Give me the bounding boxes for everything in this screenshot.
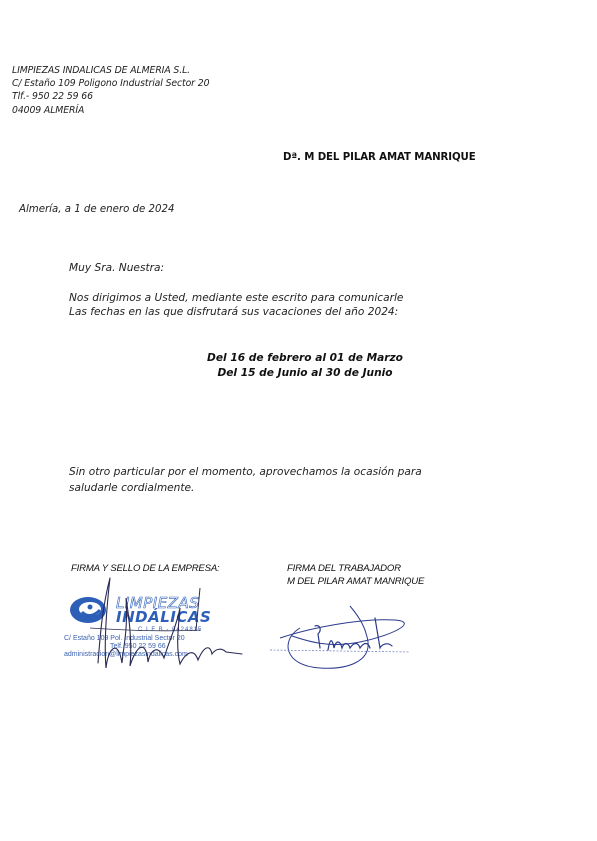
- vacation-period: Del 16 de febrero al 01 de Marzo: [150, 351, 460, 366]
- worker-signature-label: FIRMA DEL TRABAJADOR M DEL PILAR AMAT MA…: [287, 563, 424, 589]
- worker-signature-name: M DEL PILAR AMAT MANRIQUE: [287, 576, 424, 589]
- recipient-name: Dª. M DEL PILAR AMAT MANRIQUE: [283, 152, 476, 163]
- worker-signature-title: FIRMA DEL TRABAJADOR: [287, 563, 424, 576]
- letter-greeting: Muy Sra. Nuestra:: [69, 262, 164, 274]
- body-line: Las fechas en las que disfrutará sus vac…: [69, 305, 403, 319]
- letter-date: Almería, a 1 de enero de 2024: [19, 204, 174, 215]
- worker-signature: [270, 598, 430, 678]
- letter-closing: Sin otro particular por el momento, apro…: [69, 465, 422, 496]
- company-signature: [80, 568, 250, 678]
- letter-body: Nos dirigimos a Usted, mediante este esc…: [69, 291, 403, 319]
- body-line: Nos dirigimos a Usted, mediante este esc…: [69, 291, 403, 305]
- closing-line: saludarle cordialmente.: [69, 481, 422, 497]
- sender-phone: Tlf.- 950 22 59 66: [12, 90, 209, 103]
- closing-line: Sin otro particular por el momento, apro…: [69, 465, 422, 481]
- sender-street: C/ Estaño 109 Poligono Industrial Sector…: [12, 77, 209, 90]
- vacation-periods: Del 16 de febrero al 01 de Marzo Del 15 …: [150, 351, 460, 380]
- sender-address-block: LIMPIEZAS INDALICAS DE ALMERIA S.L. C/ E…: [12, 64, 209, 117]
- sender-city: 04009 ALMERÍA: [12, 104, 209, 117]
- vacation-period: Del 15 de Junio al 30 de Junio: [150, 366, 460, 381]
- sender-company-name: LIMPIEZAS INDALICAS DE ALMERIA S.L.: [12, 64, 209, 77]
